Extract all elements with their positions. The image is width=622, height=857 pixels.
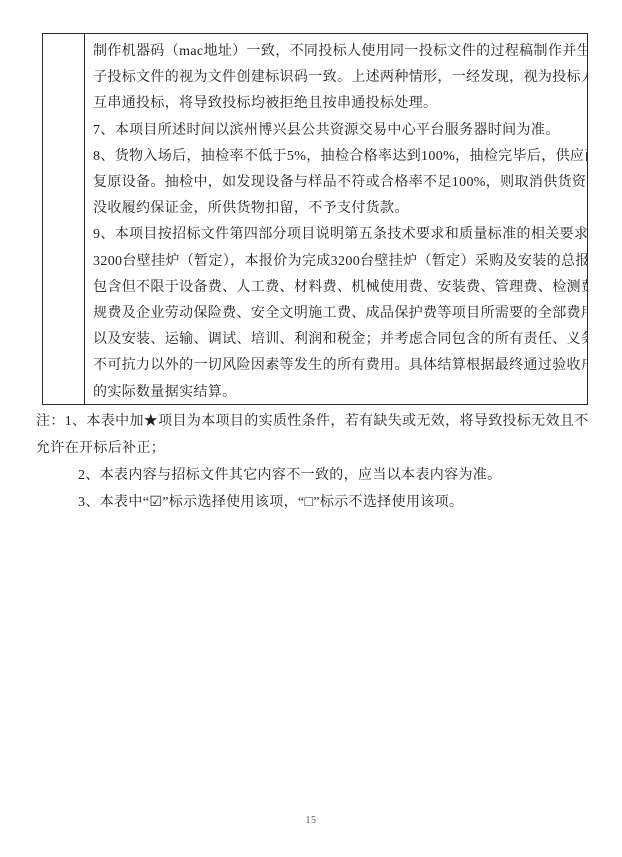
table-text-line: 3200台壁挂炉（暂定），本报价为完成3200台壁挂炉（暂定）采购及安装的总报价…: [93, 249, 580, 275]
note-line: 允许在开标后补正；: [36, 435, 596, 462]
table-text-line: 7、本项目所述时间以滨州博兴县公共资源交易中心平台服务器时间为准。: [93, 118, 580, 144]
table-text-line: 子投标文件的视为文件创建标识码一致。上述两种情形，一经发现，视为投标人相: [93, 65, 580, 91]
document-page: 制作机器码（mac地址）一致，不同投标人使用同一投标文件的过程稿制作并生成电 子…: [0, 0, 622, 857]
note-line: 3、本表中“☑”标示选择使用该项，“□”标示不选择使用该项。: [36, 489, 596, 516]
table-left-cell: [43, 34, 85, 404]
table-text-line: 制作机器码（mac地址）一致，不同投标人使用同一投标文件的过程稿制作并生成电: [93, 39, 580, 65]
table-text-line: 不可抗力以外的一切风险因素等发生的所有费用。具体结算根据最终通过验收户数: [93, 353, 580, 379]
table-text-line: 以及安装、运输、调试、培训、利润和税金；并考虑合同包含的所有责任、义务和: [93, 327, 580, 353]
page-number: 15: [0, 815, 622, 826]
table-text-line: 复原设备。抽检中，如发现设备与样品不符或合格率不足100%，则取消供货资格，: [93, 170, 580, 196]
content-table: 制作机器码（mac地址）一致，不同投标人使用同一投标文件的过程稿制作并生成电 子…: [42, 33, 588, 405]
table-main-cell: 制作机器码（mac地址）一致，不同投标人使用同一投标文件的过程稿制作并生成电 子…: [85, 34, 587, 404]
table-text-line: 的实际数量据实结算。: [93, 380, 580, 404]
table-text-line: 包含但不限于设备费、人工费、材料费、机械使用费、安装费、管理费、检测费、: [93, 275, 580, 301]
table-text-line: 互串通投标，将导致投标均被拒绝且按串通投标处理。: [93, 91, 580, 117]
table-text-line: 规费及企业劳动保险费、安全文明施工费、成品保护费等项目所需要的全部费用，: [93, 301, 580, 327]
table-text-line: 9、本项目按招标文件第四部分项目说明第五条技术要求和质量标准的相关要求采购: [93, 222, 580, 248]
note-line: 注：1、本表中加★项目为本项目的实质性条件，若有缺失或无效，将导致投标无效且不: [36, 408, 596, 435]
table-text-line: 8、货物入场后，抽检率不低于5%，抽检合格率达到100%，抽检完毕后，供应商自行: [93, 144, 580, 170]
notes-section: 注：1、本表中加★项目为本项目的实质性条件，若有缺失或无效，将导致投标无效且不 …: [36, 408, 596, 516]
note-line: 2、本表内容与招标文件其它内容不一致的，应当以本表内容为准。: [36, 462, 596, 489]
table-text-line: 没收履约保证金，所供货物扣留，不予支付货款。: [93, 196, 580, 222]
